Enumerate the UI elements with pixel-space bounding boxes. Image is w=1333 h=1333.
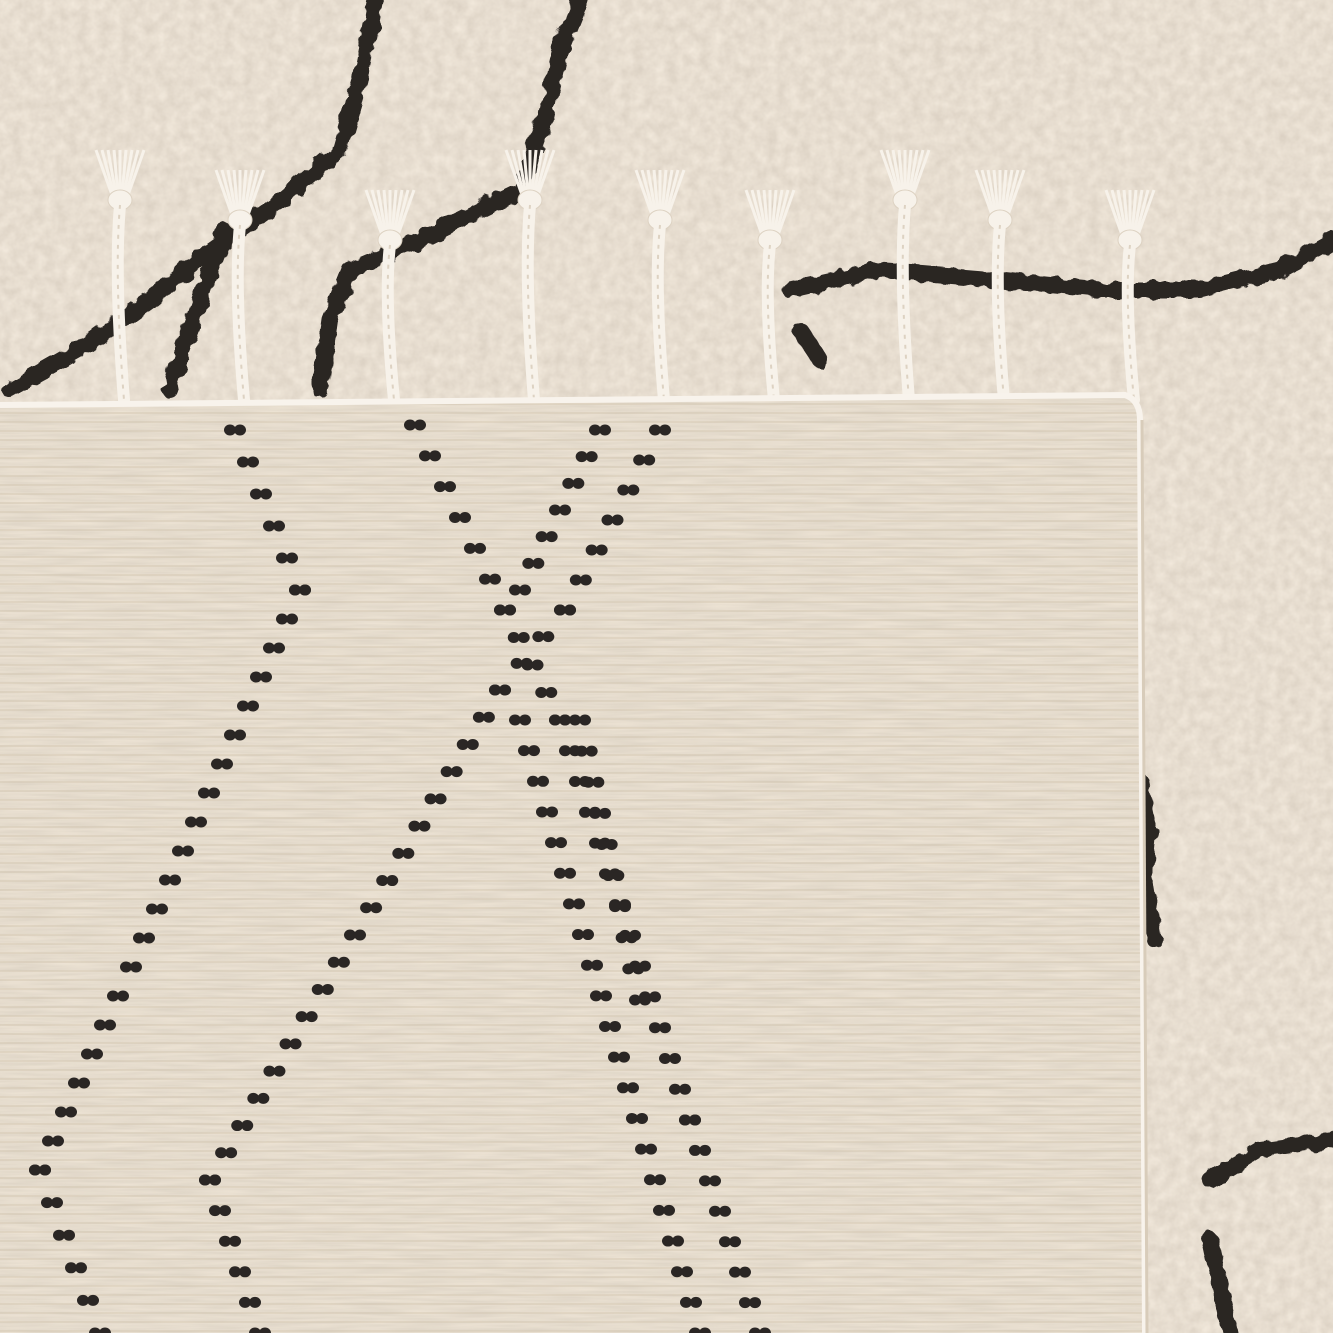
rug-photo xyxy=(0,0,1333,1333)
rug-illustration xyxy=(0,0,1333,1333)
folded-back-panel xyxy=(0,395,1147,1333)
